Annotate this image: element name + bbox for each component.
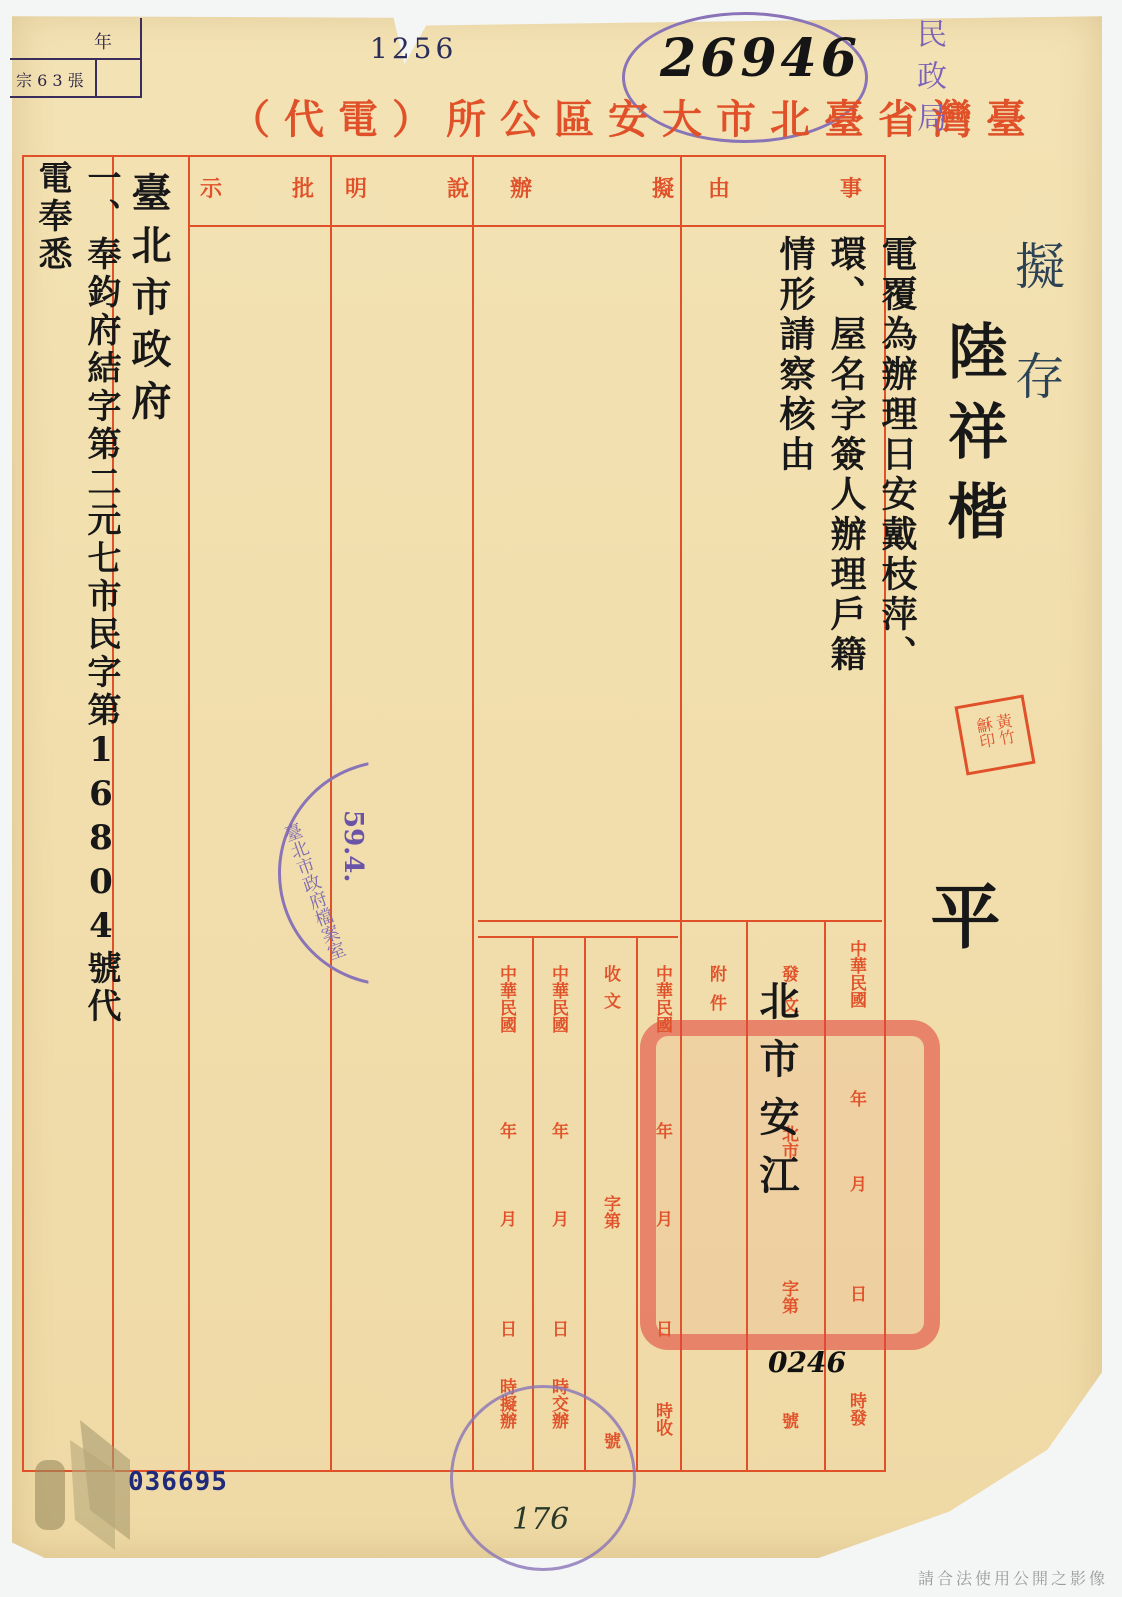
side-note-approval: 擬存 (1000, 240, 1072, 460)
table-top-border (22, 155, 884, 157)
bottom-stamp-number: 176 (512, 1502, 569, 1537)
form-section-divider (478, 920, 882, 922)
draft-date-day: 日 (494, 1320, 519, 1337)
issue-date-era: 中華民國 (844, 940, 869, 1008)
handle-date-day: 日 (546, 1320, 571, 1337)
issue-date-time: 時發 (844, 1392, 869, 1426)
draft-date-month: 月 (494, 1210, 519, 1227)
archive-logo-icon (20, 1400, 140, 1550)
addressee: 臺北市政府 (120, 172, 177, 432)
receive-word: 字第 (598, 1195, 623, 1229)
column-divider (636, 938, 638, 1470)
bureau-stamp: 民政局 (906, 18, 950, 144)
header-divider (190, 225, 884, 227)
issue-word: 字第 (776, 1280, 801, 1314)
issue-date-day: 日 (844, 1285, 869, 1302)
barcode-number: 036695 (128, 1467, 228, 1497)
issue-handwriting: 北市安江 (748, 980, 805, 1212)
column-divider (472, 157, 474, 1470)
receive-label: 收文 (598, 965, 623, 1019)
corner-archive-box: 年 宗 6 3 張 (10, 18, 142, 98)
archive-stamp-date: 59.4. (338, 810, 368, 882)
side-note-mark: 平 (910, 880, 1011, 950)
draft-date-year: 年 (494, 1122, 519, 1139)
issue-date-month: 月 (844, 1175, 869, 1192)
receive-date-month: 月 (650, 1210, 675, 1227)
body-text: 一、奉鈞府結字第二元七市民字第16804號代電奉悉 (28, 160, 126, 1060)
handle-date-month: 月 (546, 1210, 571, 1227)
corner-row1: 年 (94, 28, 112, 54)
send-number: 0246 (768, 1346, 846, 1379)
column-divider (584, 938, 586, 1470)
issue-date-year: 年 (844, 1090, 869, 1107)
serial-number: 1256 (370, 32, 457, 65)
header-subject: 事由 (708, 172, 972, 203)
received-number: 26946 (660, 28, 861, 89)
handle-date-year: 年 (546, 1122, 571, 1139)
table-left-border (22, 155, 24, 1470)
attachment-label: 附件 (704, 965, 729, 1023)
draft-date-era: 中華民國 (494, 965, 519, 1033)
title-text: 臺灣省臺北市大安區公所 (446, 96, 1040, 143)
subject-text: 電覆為辦理日安戴枝萍、環、屋名字簽人辦理戶籍情形請察核由 (770, 235, 923, 675)
title-suffix: （代電） (230, 96, 446, 143)
issue-number-label: 號 (776, 1412, 801, 1429)
receive-date-time: 時收 (650, 1402, 675, 1436)
bottom-stamp (450, 1385, 636, 1571)
usage-watermark: 請合法使用公開之影像 (918, 1566, 1108, 1589)
handle-date-era: 中華民國 (546, 965, 571, 1033)
form-section-divider (478, 936, 678, 938)
personal-seal: 黃竹龢印 (954, 694, 1035, 775)
receive-date-era: 中華民國 (650, 965, 675, 1033)
receive-date-day: 日 (650, 1320, 675, 1337)
column-divider (188, 157, 190, 1470)
receive-date-year: 年 (650, 1122, 675, 1139)
corner-row2: 宗 6 3 張 (16, 68, 84, 91)
